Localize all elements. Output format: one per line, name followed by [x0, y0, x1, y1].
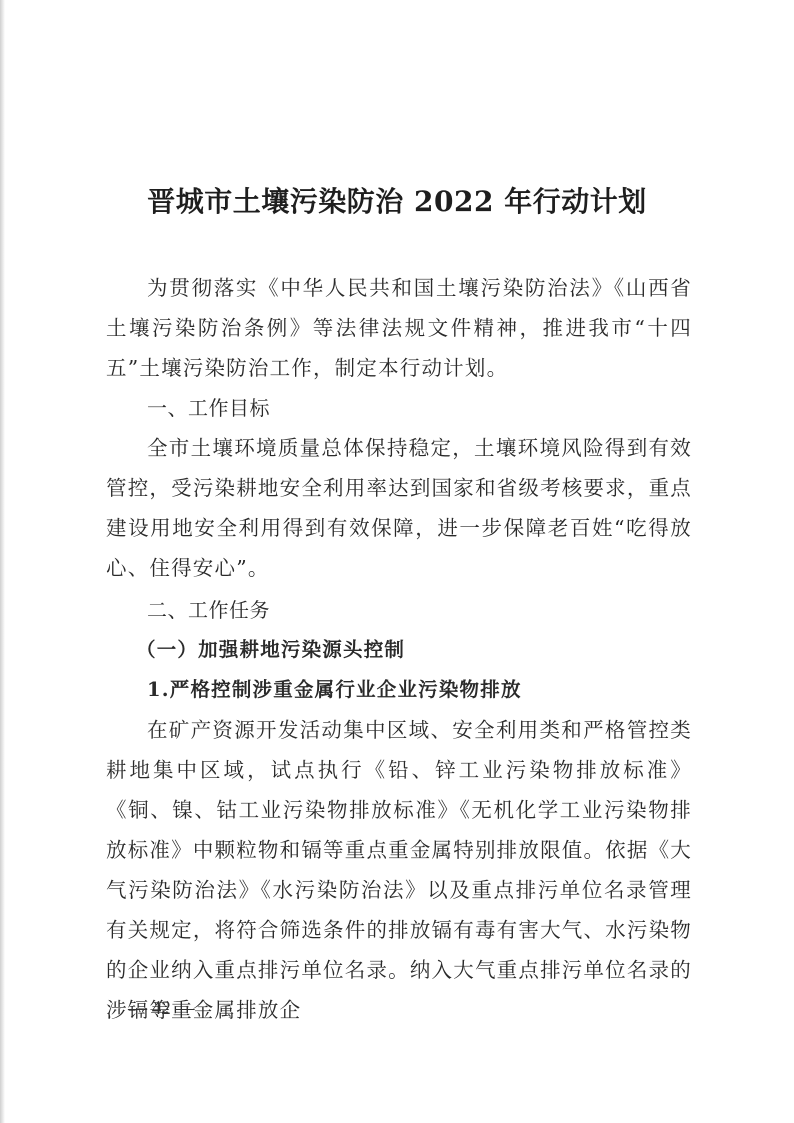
subsection-1-heading: （一）加强耕地污染源头控制: [106, 630, 692, 670]
item-1-heading: 1.严格控制涉重金属行业企业污染物排放: [106, 670, 692, 710]
section-1-body: 全市土壤环境质量总体保持稳定，土壤环境风险得到有效管控，受污染耕地安全利用率达到…: [106, 428, 692, 588]
item-1-body: 在矿产资源开发活动集中区域、安全利用类和严格管控类耕地集中区域，试点执行《铅、锌…: [106, 710, 692, 1030]
intro-block: 为贯彻落实《中华人民共和国土壤污染防治法》《山西省土壤污染防治条例》等法律法规文…: [106, 268, 692, 388]
section-2-heading: 二、工作任务: [106, 590, 692, 630]
section-2: 二、工作任务 （一）加强耕地污染源头控制 1.严格控制涉重金属行业企业污染物排放…: [106, 590, 692, 1030]
section-1-heading: 一、工作目标: [106, 388, 692, 428]
document-title: 晋城市土壤污染防治 2022 年行动计划: [0, 180, 794, 220]
section-1: 一、工作目标 全市土壤环境质量总体保持稳定，土壤环境风险得到有效管控，受污染耕地…: [106, 388, 692, 588]
intro-paragraph: 为贯彻落实《中华人民共和国土壤污染防治法》《山西省土壤污染防治条例》等法律法规文…: [106, 268, 692, 388]
document-page: 晋城市土壤污染防治 2022 年行动计划 为贯彻落实《中华人民共和国土壤污染防治…: [0, 0, 794, 1123]
page-number: — 42 —: [128, 998, 195, 1020]
